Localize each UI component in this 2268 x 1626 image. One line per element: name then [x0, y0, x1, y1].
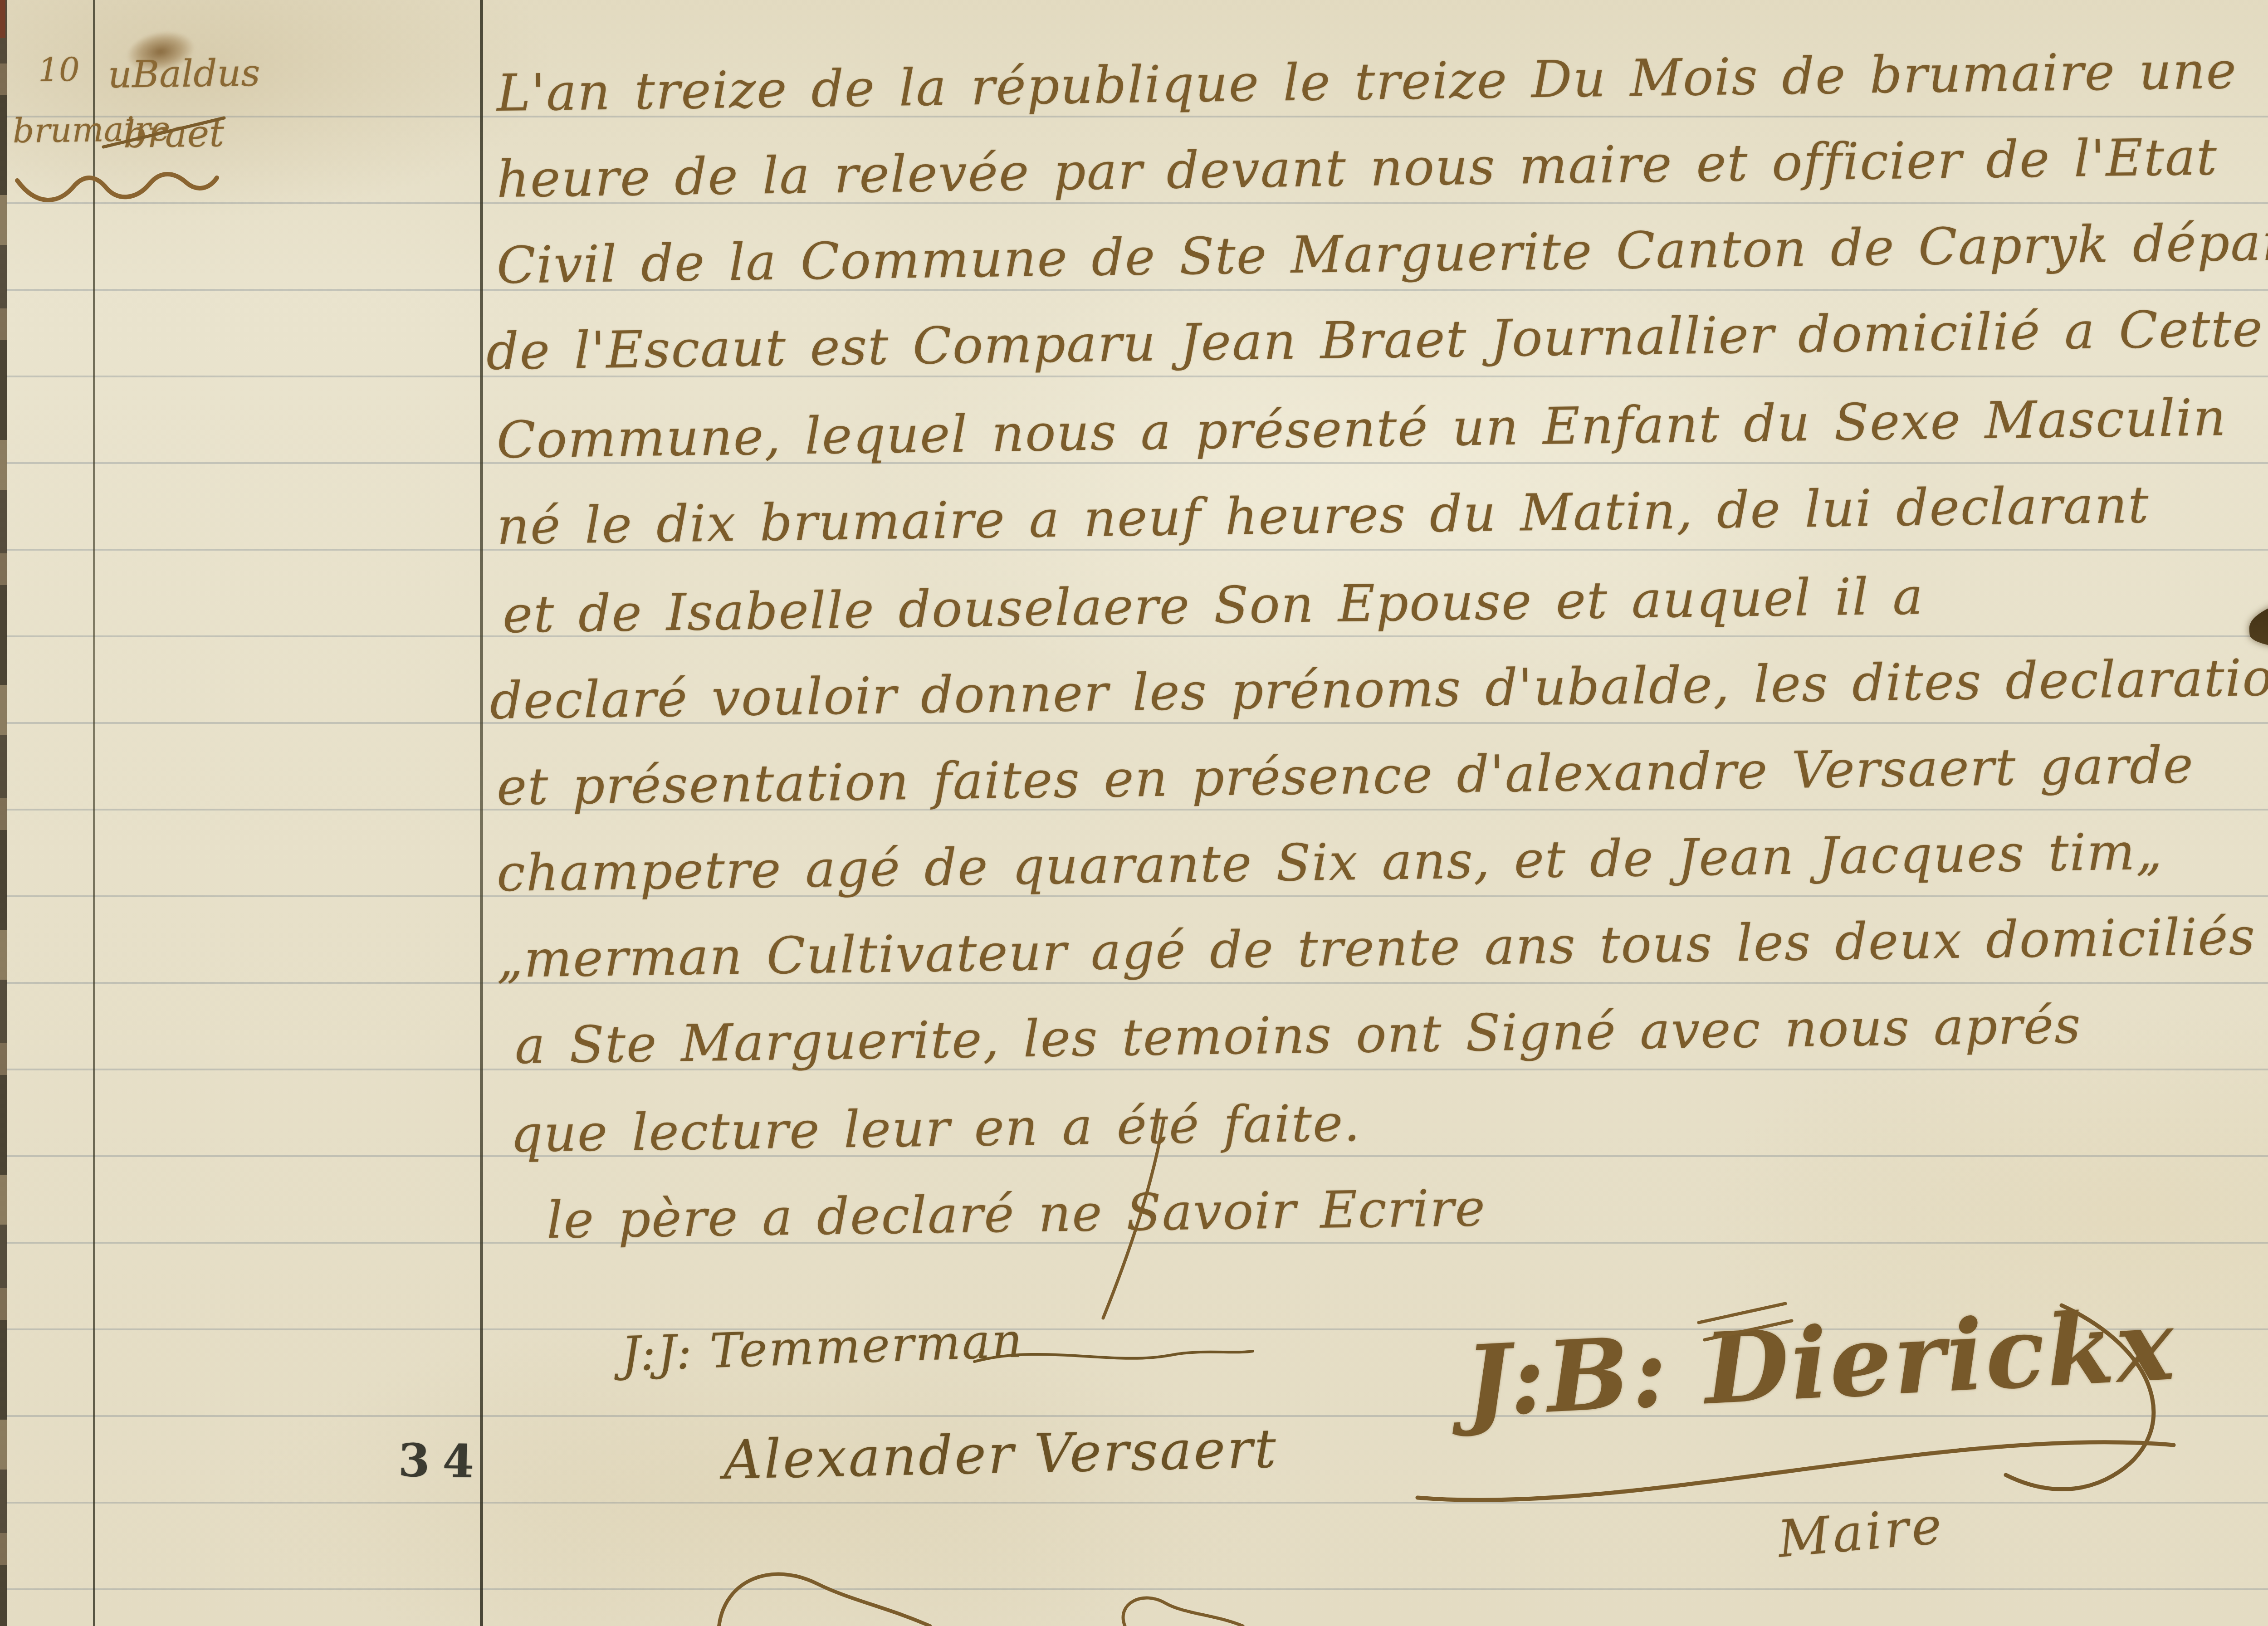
- act-number: 10: [38, 50, 80, 89]
- witness-signature-versaert: Alexander Versaert: [723, 1417, 1279, 1491]
- margin-rule-1: [93, 0, 95, 1626]
- child-last-name: braet: [123, 112, 224, 156]
- act-line-14: le père a declaré ne Savoir Ecrire: [546, 1181, 1486, 1249]
- child-first-name: uBaldus: [108, 52, 260, 97]
- page-number-stamp: 34: [398, 1433, 487, 1488]
- page-left-edge: [0, 0, 7, 1626]
- left-edge-red-mark: [0, 0, 5, 38]
- margin-rule-2: [480, 0, 483, 1626]
- act-line-13: que lecture leur en a été faite.: [510, 1095, 1361, 1162]
- register-page: 10 brumaire uBaldus braet L'an treize de…: [0, 0, 2268, 1626]
